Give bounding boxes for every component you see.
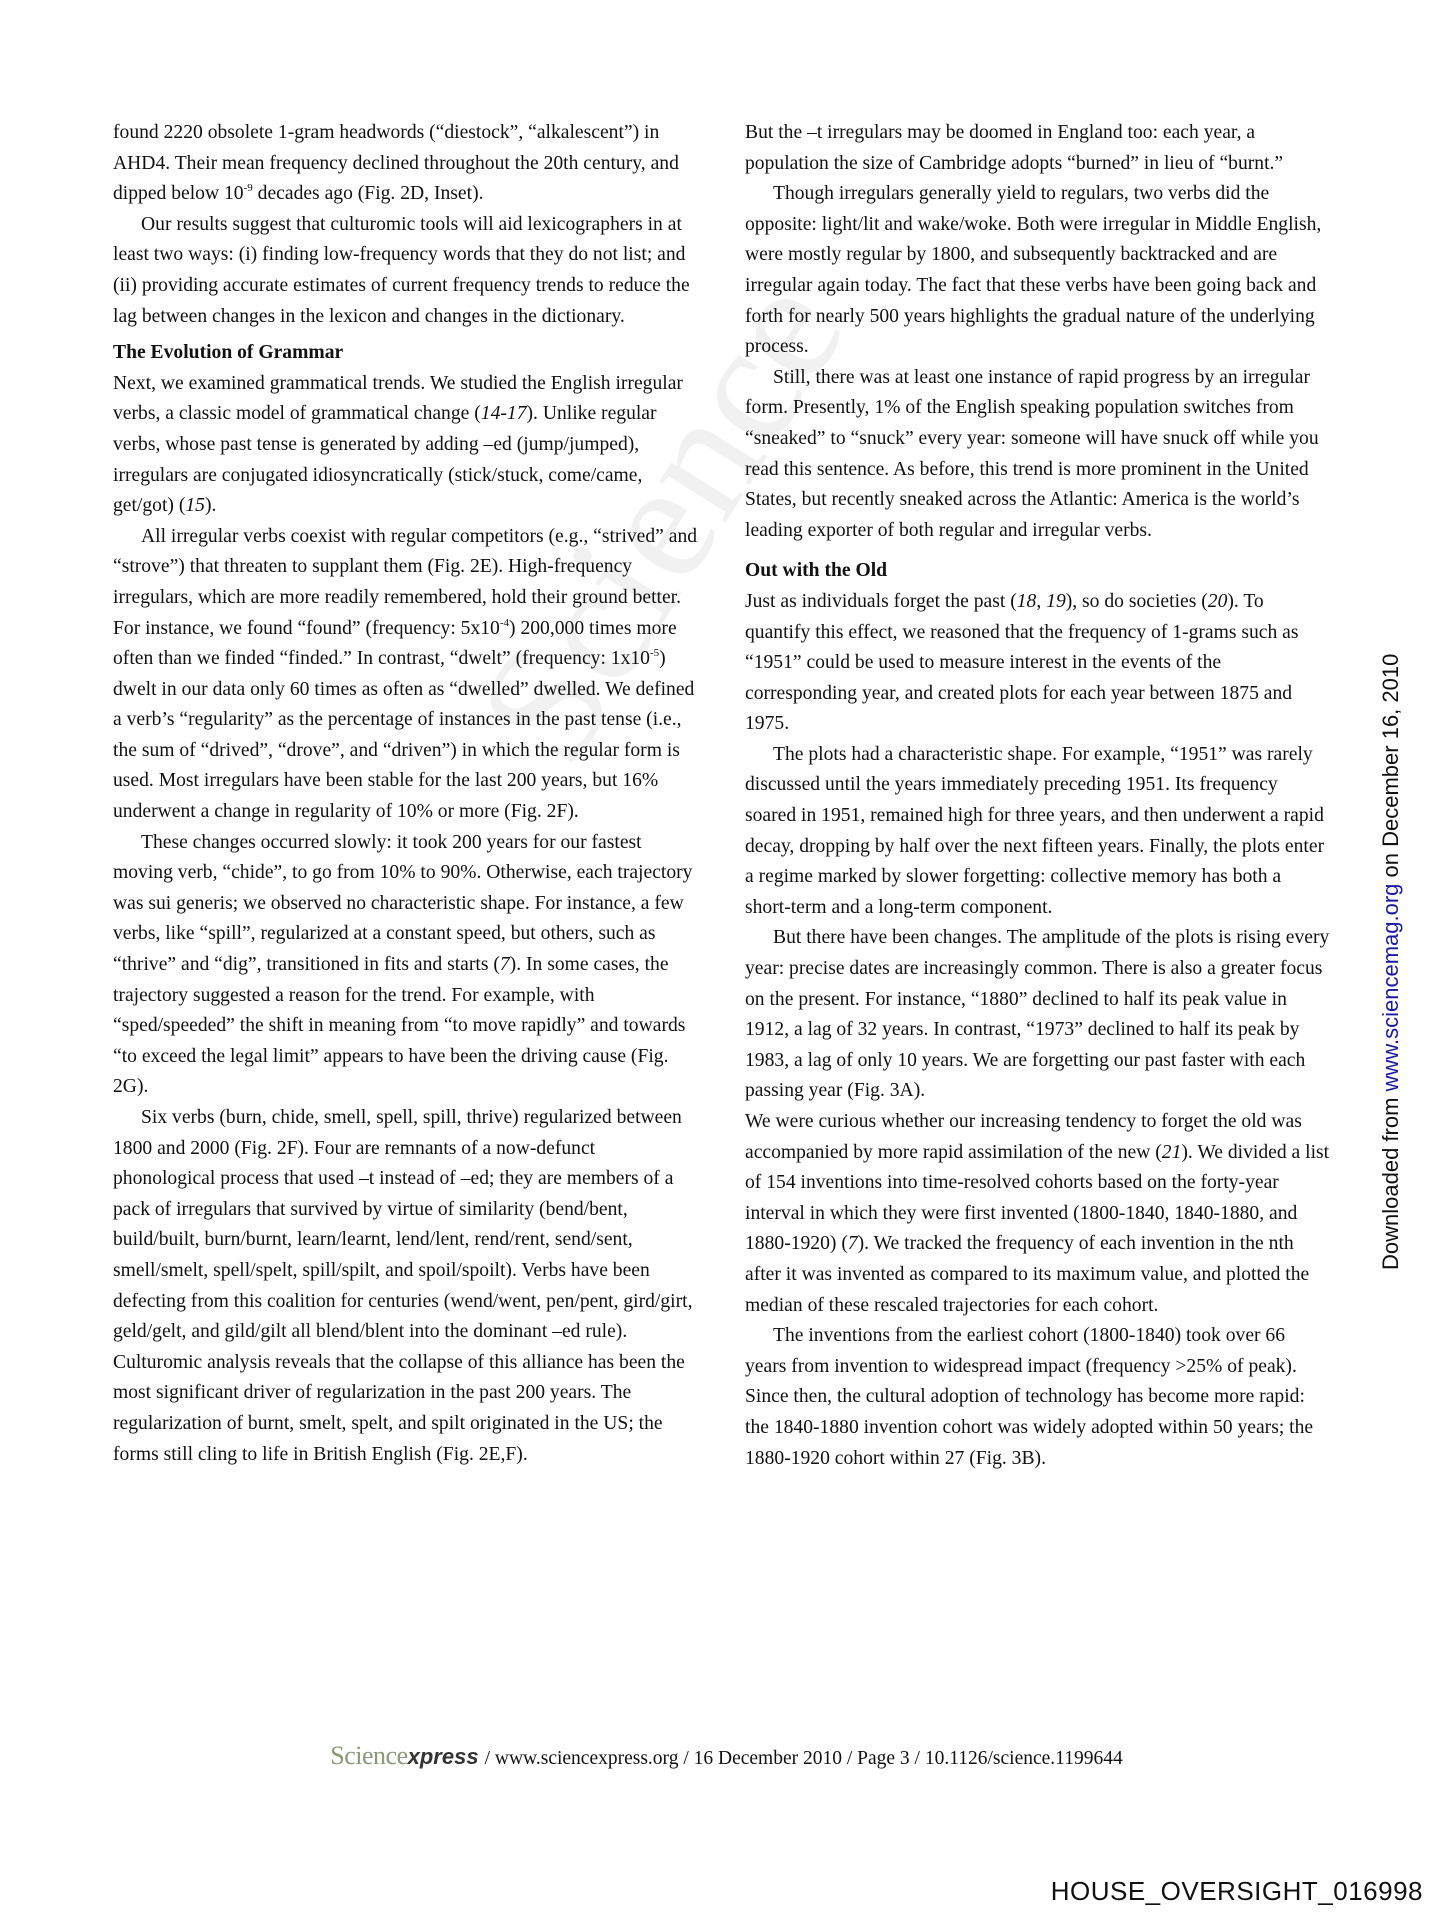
paragraph: But the –t irregulars may be doomed in E…	[745, 118, 1330, 179]
footer-citation: / www.sciencexpress.org / 16 December 20…	[485, 1748, 1123, 1769]
left-column: found 2220 obsolete 1-gram headwords (“d…	[113, 118, 698, 1470]
paragraph: These changes occurred slowly: it took 2…	[113, 828, 698, 1103]
sciencexpress-logo: Science	[330, 1741, 407, 1770]
page-footer: Sciencexpress/ www.sciencexpress.org / 1…	[0, 1741, 1453, 1771]
download-notice: Downloaded from www.sciencemag.org on De…	[1378, 630, 1404, 1270]
paragraph: The plots had a characteristic shape. Fo…	[745, 740, 1330, 924]
paragraph: We were curious whether our increasing t…	[745, 1107, 1330, 1321]
citation-ref: 14-17	[481, 403, 527, 424]
citation-ref: 19	[1046, 591, 1066, 612]
citation-ref: 20	[1208, 591, 1228, 612]
paragraph: Our results suggest that culturomic tool…	[113, 210, 698, 332]
paragraph: found 2220 obsolete 1-gram headwords (“d…	[113, 118, 698, 210]
sciencexpress-logo-express: xpress	[408, 1744, 479, 1769]
section-heading-out-with-the-old: Out with the Old	[745, 556, 1330, 587]
paragraph: Just as individuals forget the past (18,…	[745, 587, 1330, 740]
right-column: But the –t irregulars may be doomed in E…	[745, 118, 1330, 1474]
sciencemag-link[interactable]: www.sciencemag.org	[1378, 884, 1403, 1092]
paragraph: Though irregulars generally yield to reg…	[745, 179, 1330, 363]
citation-ref: 18	[1017, 591, 1037, 612]
paragraph: All irregular verbs coexist with regular…	[113, 522, 698, 828]
paragraph: Next, we examined grammatical trends. We…	[113, 369, 698, 522]
bates-number: HOUSE_OVERSIGHT_016998	[1051, 1876, 1423, 1907]
citation-ref: 15	[185, 495, 205, 516]
citation-ref: 7	[500, 954, 510, 975]
citation-ref: 7	[848, 1233, 858, 1254]
citation-ref: 21	[1162, 1142, 1182, 1163]
paragraph: But there have been changes. The amplitu…	[745, 923, 1330, 1107]
paragraph: Six verbs (burn, chide, smell, spell, sp…	[113, 1103, 698, 1470]
paragraph: The inventions from the earliest cohort …	[745, 1321, 1330, 1474]
paragraph: Still, there was at least one instance o…	[745, 363, 1330, 547]
section-heading-evolution-of-grammar: The Evolution of Grammar	[113, 338, 698, 369]
